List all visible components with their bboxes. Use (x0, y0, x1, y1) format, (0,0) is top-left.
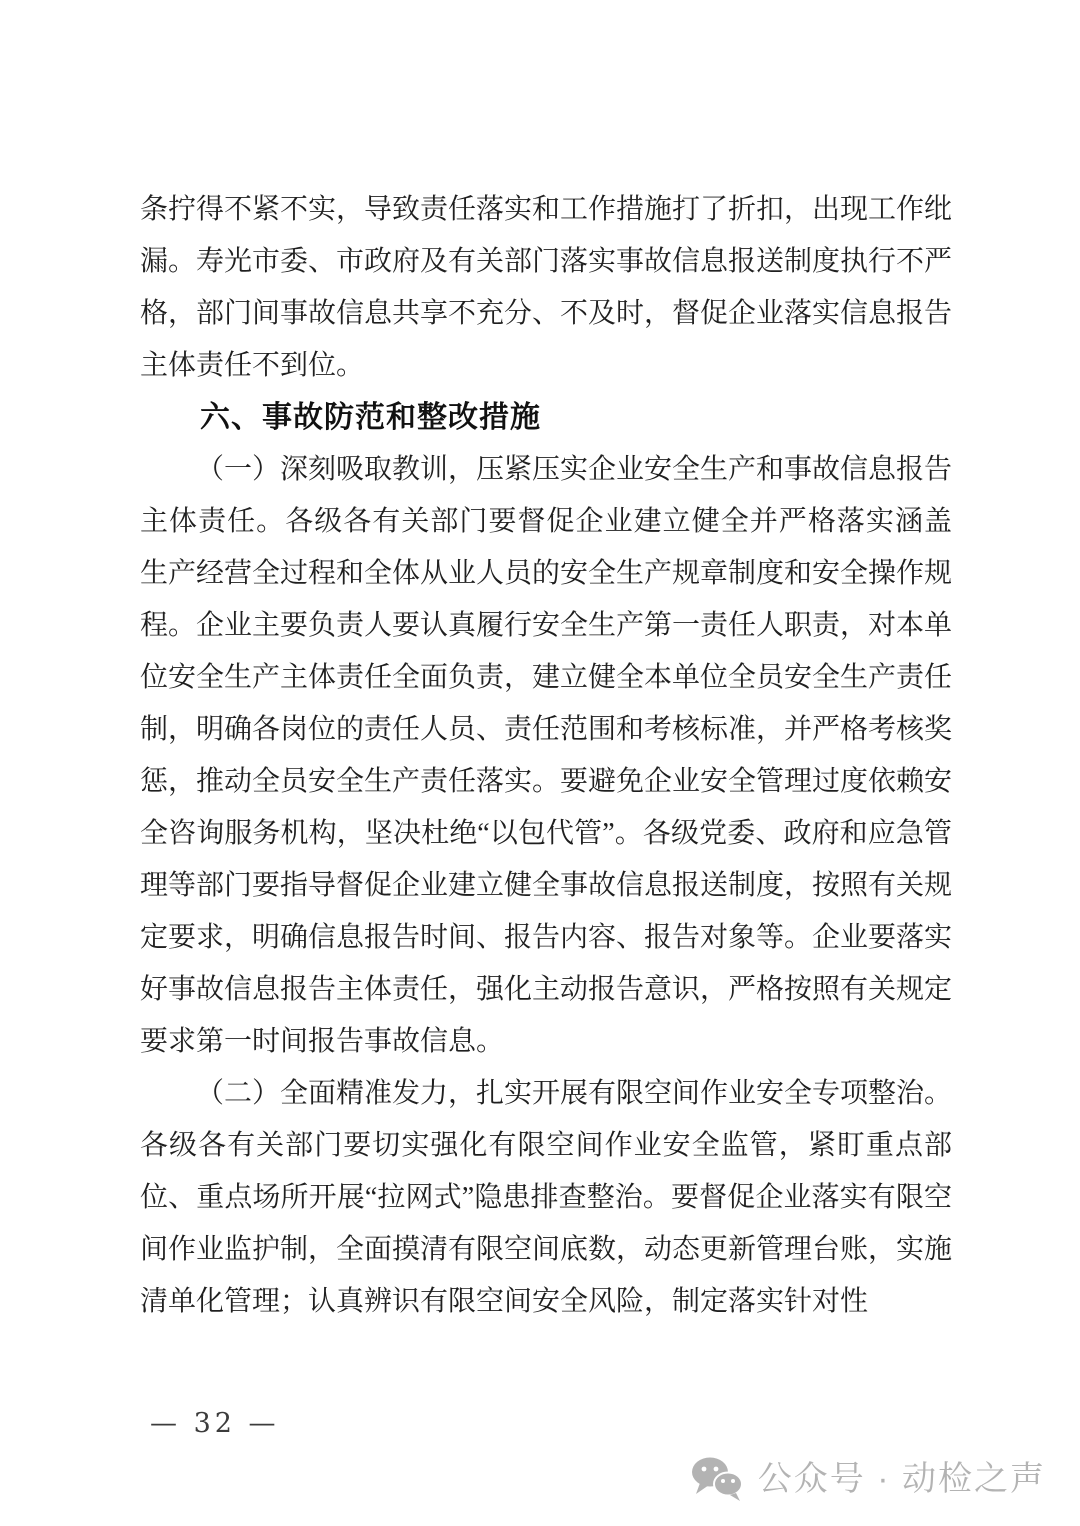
page-number: — 32 — (150, 1404, 280, 1444)
item-two-body: 各级各有关部门要切实强化有限空间作业安全监管，紧盯重点部位、重点场所开展“拉网式… (140, 1130, 952, 1317)
document-body: 条拧得不紧不实，导致责任落实和工作措施打了折扣，出现工作纰漏。寿光市委、市政府及… (140, 184, 952, 1328)
watermark-label: 公众号 · 动检之声 (758, 1456, 1046, 1502)
document-page: 条拧得不紧不实，导致责任落实和工作措施打了折扣，出现工作纰漏。寿光市委、市政府及… (0, 0, 1080, 1526)
watermark: 公众号 · 动检之声 (690, 1456, 1046, 1502)
item-two-lead: （二）全面精准发力，扎实开展有限空间作业安全专项整治。 (196, 1078, 952, 1109)
item-one-body: 各级各有关部门要督促企业建立健全并严格落实涵盖生产经营全过程和全体从业人员的安全… (140, 506, 952, 1057)
paragraph-item-two: （二）全面精准发力，扎实开展有限空间作业安全专项整治。各级各有关部门要切实强化有… (140, 1068, 952, 1328)
wechat-icon (690, 1456, 744, 1502)
paragraph-continuation: 条拧得不紧不实，导致责任落实和工作措施打了折扣，出现工作纰漏。寿光市委、市政府及… (140, 184, 952, 392)
section-heading: 六、事故防范和整改措施 (140, 392, 952, 444)
paragraph-item-one: （一）深刻吸取教训，压紧压实企业安全生产和事故信息报告主体责任。各级各有关部门要… (140, 444, 952, 1068)
